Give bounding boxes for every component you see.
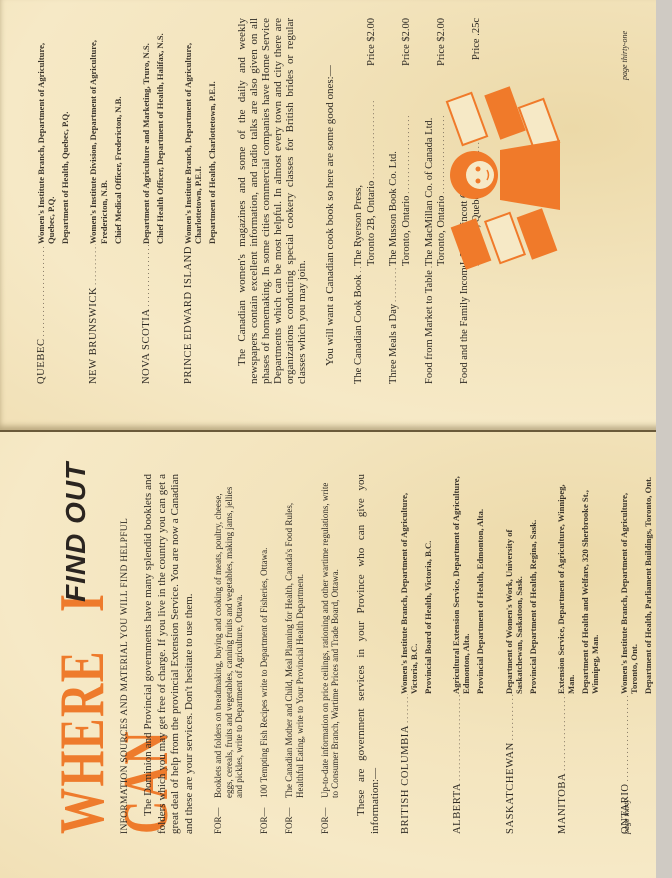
for-text: The Canadian Mother and Child, Meal Plan… — [284, 474, 306, 798]
province-entry: PRINCE EDWARD ISLAND Women's Institute B… — [183, 18, 221, 384]
for-item: FOR— Up-to-date information on price cei… — [320, 474, 342, 834]
province-entry: MANITOBA Extension Service, Department o… — [556, 474, 605, 834]
for-text: 100 Tempting Fish Recipes write to Depar… — [259, 474, 270, 798]
title-tail: FIND OUT — [60, 462, 92, 602]
for-item: FOR— Booklets and folders on breadmaking… — [213, 474, 245, 834]
office: Provincial Board of Health, Victoria, B.… — [423, 474, 433, 694]
for-item: FOR— 100 Tempting Fish Recipes write to … — [259, 474, 270, 834]
province-offices: Women's Institute Division, Department o… — [88, 18, 126, 244]
province-entry: NOVA SCOTIA Department of Agriculture an… — [141, 18, 169, 384]
office: Women's Institute Branch, Department of … — [36, 18, 56, 244]
province-entry: QUEBEC Women's Institute Branch, Departm… — [36, 18, 74, 384]
province-offices: Women's Institute Branch, Department of … — [399, 474, 437, 694]
right-content: QUEBEC Women's Institute Branch, Departm… — [30, 18, 494, 384]
cookbook-intro: You will want a Canadian cook book so he… — [324, 18, 338, 384]
section-heading: INFORMATION SOURCES AND MATERIAL YOU WIL… — [120, 474, 132, 834]
media-paragraph: The Canadian women's magazines and some … — [236, 18, 308, 384]
book-title: The Canadian Cook Book — [353, 266, 378, 384]
office: Department of Health, Charlottetown, P.E… — [207, 18, 217, 244]
office: Chief Medical Officer, Fredericton, N.B. — [113, 18, 123, 244]
for-label: FOR— — [284, 798, 306, 834]
province-name: BRITISH COLUMBIA — [399, 694, 437, 834]
book-address: Toronto 2B, Ontario — [366, 70, 379, 266]
office: Department of Health, Parliament Buildin… — [643, 474, 653, 694]
office: Chief Health Officer, Department of Heal… — [155, 18, 165, 244]
services-intro: These are government services in your Pr… — [355, 474, 383, 834]
province-offices: Women's Institute Branch, Department of … — [619, 474, 657, 694]
page-number-left: page thirty — [622, 799, 631, 834]
office: Women's Institute Branch, Department of … — [619, 474, 639, 694]
cookbook-entry: Three Meals a Day The Musson Book Co. Lt… — [388, 18, 413, 384]
office: Department of Health and Welfare, 320 Sh… — [580, 474, 600, 694]
province-entry: NEW BRUNSWICK Women's Institute Division… — [88, 18, 126, 384]
province-offices: Women's Institute Branch, Department of … — [36, 18, 74, 244]
for-list: FOR— Booklets and folders on breadmaking… — [213, 474, 341, 834]
province-list-east: QUEBEC Women's Institute Branch, Departm… — [36, 18, 222, 384]
book-price: Price $2.00 — [401, 18, 414, 70]
office: Provincial Department of Health, Edmonto… — [475, 474, 485, 694]
province-offices: Department of Women's Work, University o… — [504, 474, 542, 694]
left-content: INFORMATION SOURCES AND MATERIAL YOU WIL… — [120, 474, 671, 834]
book-publisher: The Musson Book Co. Ltd. — [388, 18, 401, 266]
page-thirty: WHERE CAN I FIND OUT INFORMATION SOURCES… — [0, 432, 672, 878]
province-entry: ALBERTA Agricultural Extension Service, … — [451, 474, 489, 834]
office: Department of Agriculture and Marketing,… — [141, 18, 151, 244]
book-price: Price $2.00 — [436, 18, 449, 70]
province-name: SASKATCHEWAN — [504, 694, 542, 834]
booklet-spread: WHERE CAN I FIND OUT INFORMATION SOURCES… — [0, 0, 672, 878]
office: Department of Health, Quebec, P.Q. — [60, 18, 70, 244]
book-price: Price .25c — [471, 18, 484, 64]
scan-edge — [656, 0, 672, 878]
province-offices: Agricultural Extension Service, Departme… — [451, 474, 489, 694]
book-address: Toronto, Ontario — [401, 70, 414, 266]
office: Provincial Department of Health, Regina,… — [528, 474, 538, 694]
office: Women's Institute Branch, Department of … — [399, 474, 419, 694]
office: Women's Institute Branch, Department of … — [183, 18, 203, 244]
book-title: Three Meals a Day — [388, 266, 413, 384]
woman-with-books-icon — [440, 80, 570, 270]
for-label: FOR— — [259, 798, 270, 834]
province-entry: BRITISH COLUMBIA Women's Institute Branc… — [399, 474, 437, 834]
page-number-right: page thirty-one — [620, 31, 629, 80]
province-name: NOVA SCOTIA — [141, 244, 169, 384]
book-title: Food and the Family Income — [459, 266, 484, 384]
province-offices: Department of Agriculture and Marketing,… — [141, 18, 169, 244]
cookbook-entry: The Canadian Cook Book The Ryerson Press… — [353, 18, 378, 384]
book-price: Price $2.00 — [366, 18, 379, 70]
for-text: Booklets and folders on breadmaking, buy… — [213, 474, 245, 798]
page-thirty-one: QUEBEC Women's Institute Branch, Departm… — [0, 0, 672, 432]
intro-paragraph: The Dominion and Provincial governments … — [142, 474, 197, 834]
office: Agricultural Extension Service, Departme… — [451, 474, 471, 694]
province-offices: Women's Institute Branch, Department of … — [183, 18, 221, 244]
province-offices: Extension Service, Department of Agricul… — [556, 474, 605, 694]
office: Department of Women's Work, University o… — [504, 474, 524, 694]
province-list-west: BRITISH COLUMBIA Women's Institute Branc… — [399, 474, 657, 834]
book-publisher: The MacMillan Co. of Canada Ltd. — [424, 18, 437, 266]
book-publisher: The Ryerson Press, — [353, 18, 366, 266]
for-text: Up-to-date information on price ceilings… — [320, 474, 342, 798]
book-title: Food from Market to Table — [424, 266, 449, 384]
province-entry: ONTARIO Women's Institute Branch, Depart… — [619, 474, 657, 834]
province-name: NEW BRUNSWICK — [88, 244, 126, 384]
for-label: FOR— — [320, 798, 342, 834]
province-entry: SASKATCHEWAN Department of Women's Work,… — [504, 474, 542, 834]
province-name: QUEBEC — [36, 244, 74, 384]
office: Women's Institute Division, Department o… — [88, 18, 108, 244]
for-label: FOR— — [213, 798, 245, 834]
province-name: ALBERTA — [451, 694, 489, 834]
office: Extension Service, Department of Agricul… — [556, 474, 576, 694]
province-name: MANITOBA — [556, 694, 605, 834]
province-name: PRINCE EDWARD ISLAND — [183, 244, 221, 384]
for-item: FOR— The Canadian Mother and Child, Meal… — [284, 474, 306, 834]
